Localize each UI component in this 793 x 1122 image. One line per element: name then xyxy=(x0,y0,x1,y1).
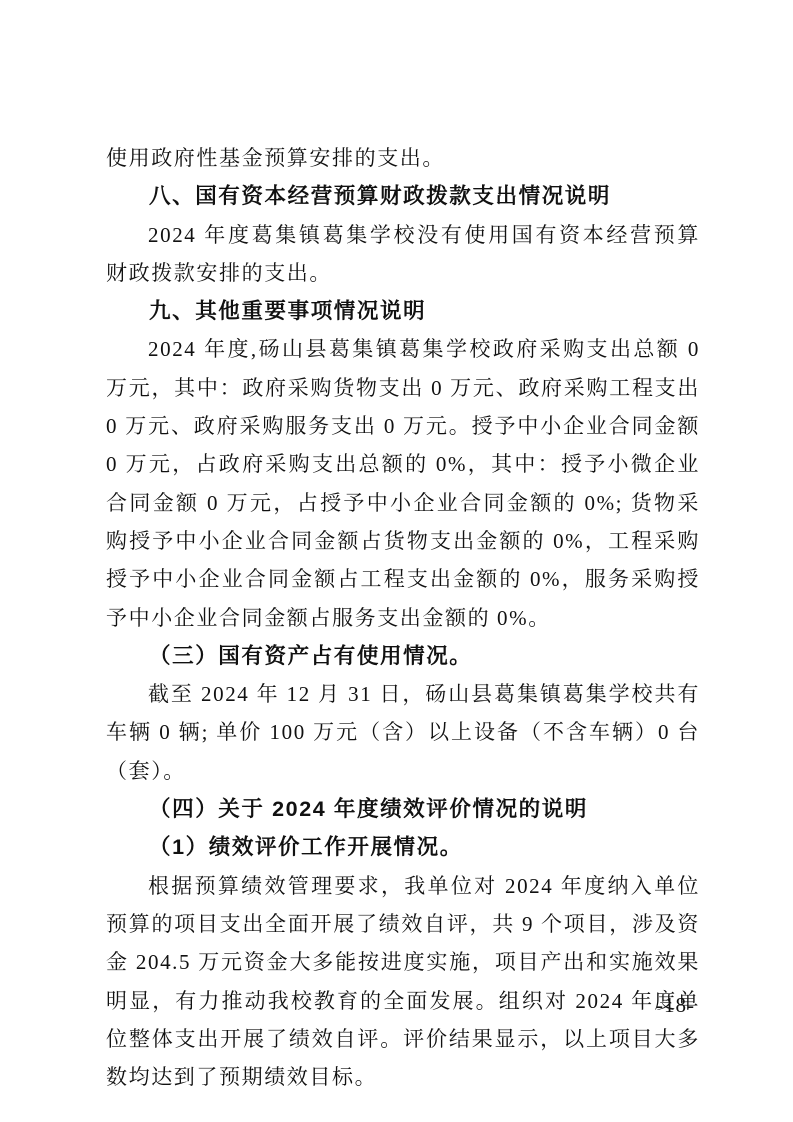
heading-section-8-state-capital: 八、国有资本经营预算财政拨款支出情况说明 xyxy=(106,177,700,215)
heading-performance-evaluation: （四）关于 2024 年度绩效评价情况的说明 xyxy=(106,790,700,828)
heading-performance-work: （1）绩效评价工作开展情况。 xyxy=(106,828,700,866)
para-performance-self-evaluation: 根据预算绩效管理要求，我单位对 2024 年度纳入单位预算的项目支出全面开展了绩… xyxy=(106,867,700,1097)
document-page: 使用政府性基金预算安排的支出。 八、国有资本经营预算财政拨款支出情况说明 202… xyxy=(0,0,793,1122)
document-body: 使用政府性基金预算安排的支出。 八、国有资本经营预算财政拨款支出情况说明 202… xyxy=(106,139,700,1096)
heading-state-assets-usage: （三）国有资产占有使用情况。 xyxy=(106,637,700,675)
para-continuation-government-fund: 使用政府性基金预算安排的支出。 xyxy=(106,139,700,177)
para-government-procurement: 2024 年度,砀山县葛集镇葛集学校政府采购支出总额 0 万元，其中：政府采购货… xyxy=(106,330,700,636)
page-number: -18- xyxy=(656,986,695,1024)
heading-section-9-other-matters: 九、其他重要事项情况说明 xyxy=(106,292,700,330)
para-state-assets-detail: 截至 2024 年 12 月 31 日，砀山县葛集镇葛集学校共有车辆 0 辆; … xyxy=(106,675,700,790)
para-state-capital-expenditure: 2024 年度葛集镇葛集学校没有使用国有资本经营预算财政拨款安排的支出。 xyxy=(106,216,700,293)
